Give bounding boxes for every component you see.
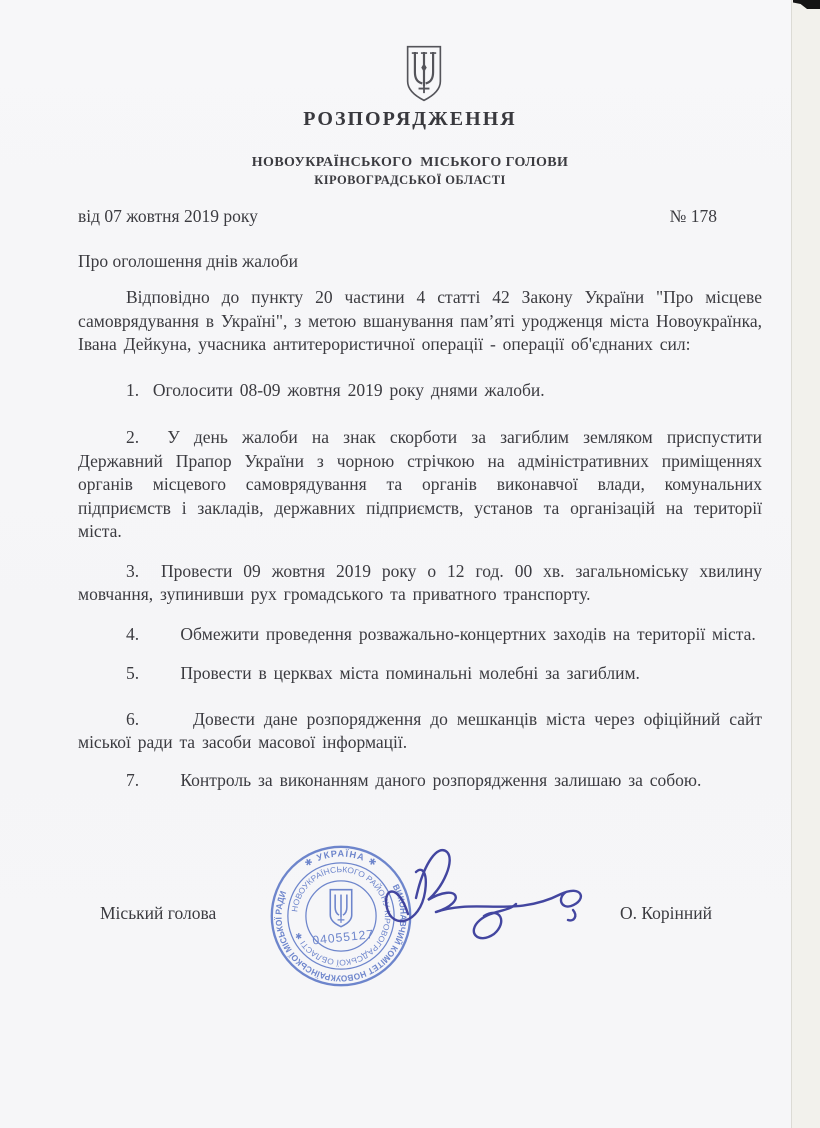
authority-line-2: КІРОВОГРАДСЬКОЇ ОБЛАСТІ — [60, 173, 760, 188]
document-body: від 07 жовтня 2019 року № 178 Про оголош… — [78, 206, 762, 792]
order-item-2: 2. У день жалоби на знак скорботи за заг… — [78, 426, 762, 544]
order-item-6: 6. Довести дане розпорядження до мешканц… — [78, 708, 762, 755]
scanner-edge-strip — [791, 0, 820, 1128]
order-item-5: 5. Провести в церквах міста поминальні м… — [78, 662, 762, 686]
order-item-7: 7. Контроль за виконанням даного розпоря… — [78, 769, 762, 793]
signature-row: Міський голова О. Корінний — [78, 903, 762, 924]
document-type-title: РОЗПОРЯДЖЕННЯ — [60, 108, 760, 131]
document-subject: Про оголошення днів жалоби — [78, 251, 762, 272]
document-header: РОЗПОРЯДЖЕННЯ НОВОУКРАЇНСЬКОГО МІСЬКОГО … — [60, 108, 760, 188]
order-item-4: 4. Обмежити проведення розважально-конце… — [78, 623, 762, 647]
meta-row: від 07 жовтня 2019 року № 178 — [78, 206, 762, 227]
stamp-code: 04055127 — [312, 927, 375, 947]
tryzub-emblem-icon — [404, 44, 444, 104]
signer-position: Міський голова — [78, 903, 216, 924]
signer-name: О. Корінний — [620, 903, 712, 924]
document-date: від 07 жовтня 2019 року — [78, 206, 258, 227]
order-item-3: 3. Провести 09 жовтня 2019 року о 12 год… — [78, 560, 762, 607]
intro-paragraph: Відповідно до пункту 20 частини 4 статті… — [78, 286, 762, 357]
scanned-page: РОЗПОРЯДЖЕННЯ НОВОУКРАЇНСЬКОГО МІСЬКОГО … — [0, 0, 820, 1128]
authority-line-1: НОВОУКРАЇНСЬКОГО МІСЬКОГО ГОЛОВИ — [60, 155, 760, 171]
document-number: № 178 — [670, 206, 717, 227]
order-item-1: 1. Оголосити 08-09 жовтня 2019 року дням… — [78, 379, 762, 403]
